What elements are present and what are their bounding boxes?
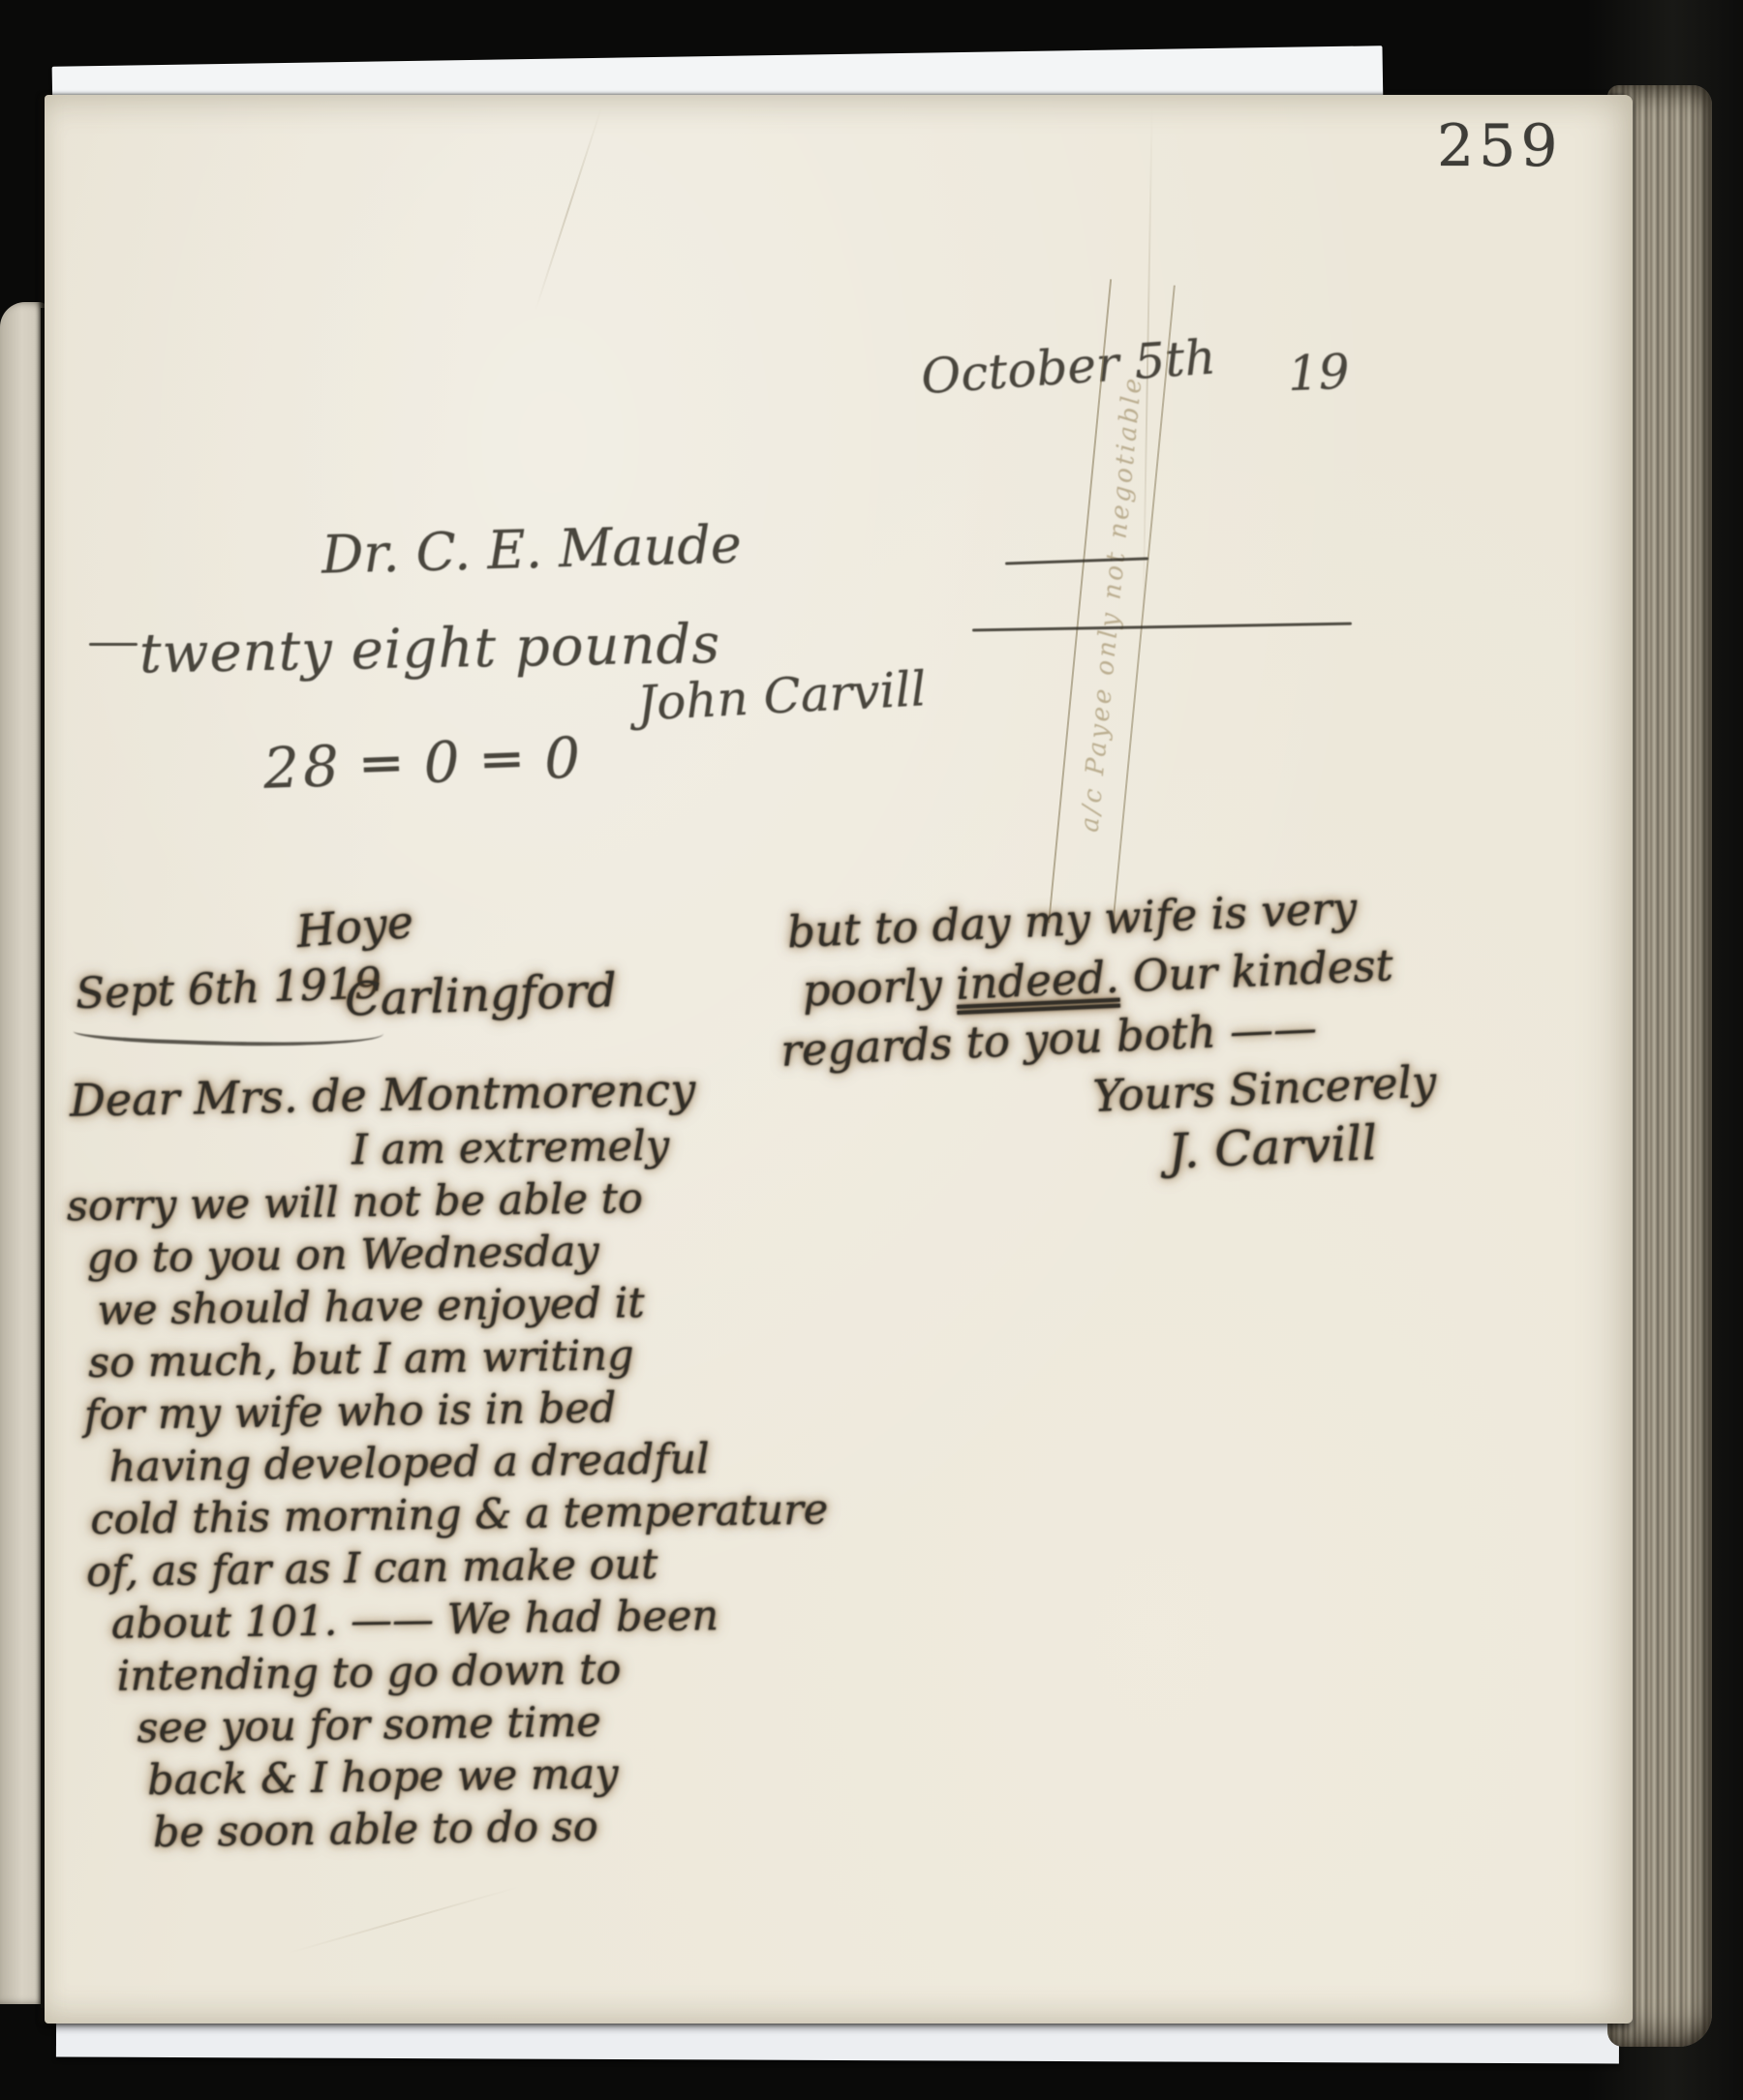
cheque-crossing-text: a/c Payee only not negotiable	[1075, 375, 1147, 834]
letter-line: back & I hope we may	[147, 1746, 829, 1808]
letter-line-fragment: Our kindest	[1117, 939, 1393, 1002]
cheque-date-year: 19	[1287, 344, 1351, 402]
letter-body-right-column: but to day my wife is very poorly indeed…	[773, 870, 1541, 1199]
letter-line: I am extremely	[352, 1118, 820, 1177]
letter-body-left-column: I am extremely sorry we will not be able…	[64, 1118, 829, 1861]
underline-flourish	[74, 1011, 384, 1050]
folio-number: 259	[1437, 112, 1563, 180]
amount-rule-line	[972, 623, 1352, 632]
letter-line: see you for some time	[137, 1693, 828, 1755]
letter-line-fragment: poorly	[802, 959, 958, 1017]
paper-crease	[535, 107, 602, 311]
letter-salutation: Dear Mrs. de Montmorency	[70, 1063, 696, 1126]
cheque-amount-words: twenty eight pounds	[138, 613, 720, 685]
letterbook-page: 259 October 5th 19 a/c Payee only not ne…	[45, 95, 1633, 2024]
paper-crease	[288, 1886, 521, 1955]
letter-line: be soon able to do so	[153, 1798, 830, 1860]
underlined-word: indeed.	[955, 952, 1120, 1010]
letter-heading-date: Sept 6th 1919	[75, 959, 382, 1020]
letter-heading-house: Hoye	[294, 896, 415, 958]
cheque-payee-line: Dr. C. E. Maude	[321, 513, 742, 585]
letter-heading-place: Carlingford	[344, 963, 618, 1027]
cheque-date: October 5th	[919, 328, 1217, 405]
letterbook-photo: 259 October 5th 19 a/c Payee only not ne…	[0, 0, 1743, 2100]
amount-lead-dash	[89, 643, 138, 646]
cheque-amount-figures: 28 ═ 0 ═ 0	[262, 724, 585, 802]
